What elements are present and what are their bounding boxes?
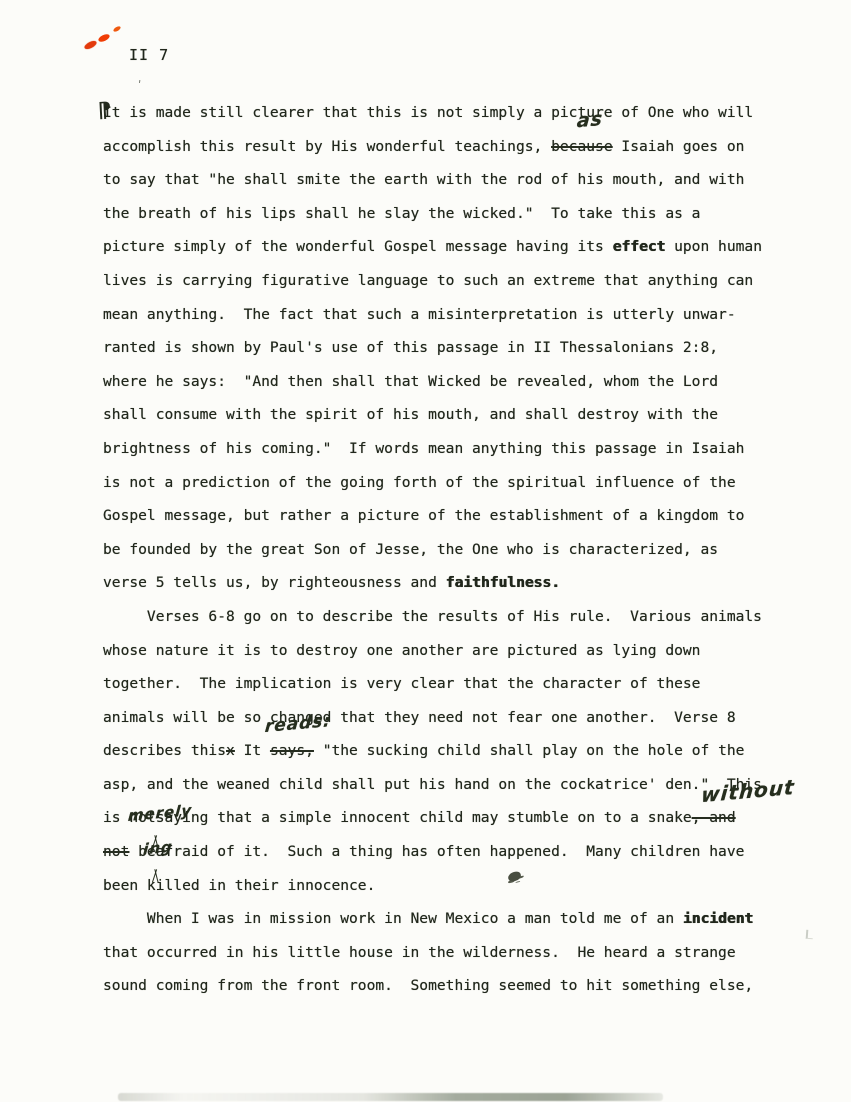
red-grease-mark [113,25,122,32]
typed-text: be founded by the great Son of Jesse, th… [103,533,718,567]
stray-ink-tick: ' [135,78,143,92]
typed-text: where he says: "And then shall that Wick… [103,365,718,399]
typed-text: together. The implication is very clear … [103,667,700,701]
overtyped-text: faithfulness. [446,566,560,600]
typed-line: be founded by the great Son of Jesse, th… [103,533,793,567]
typed-line: whose nature it is to destroy one anothe… [103,634,793,668]
typed-line: been killed in their innocence. [103,869,793,903]
typed-text: verse 5 tells us, by righteousness and [103,566,446,600]
scan-cutoff-band [118,1093,663,1101]
typed-line: When I was in mission work in New Mexico… [103,902,793,936]
typed-line: picture simply of the wonderful Gospel m… [103,230,793,264]
overtyped-text: effect [613,230,666,264]
typed-text: When I was in mission work in New Mexico… [103,902,683,936]
red-grease-mark [83,39,97,50]
typed-line: mean anything. The fact that such a misi… [103,298,793,332]
typed-line: Gospel message, but rather a picture of … [103,499,793,533]
typed-text: sound coming from the front room. Someth… [103,969,753,1003]
typed-line: the breath of his lips shall he slay the… [103,197,793,231]
typed-text: ranted is shown by Paul's use of this pa… [103,331,718,365]
typed-text: It [235,734,270,768]
typed-text: asp, and the weaned child shall put his … [103,768,762,802]
typed-line: shall consume with the spirit of his mou… [103,398,793,432]
struck-out-text: says,reads: [270,734,314,768]
typed-text: that occurred in his little house in the… [103,936,736,970]
typed-text: lives is carrying figurative language to… [103,264,753,298]
typed-text: is not [103,801,156,835]
typed-text: describes this [103,734,226,768]
typed-line: Verses 6-8 go on to describe the results… [103,600,793,634]
typed-line: where he says: "And then shall that Wick… [103,365,793,399]
typed-text: to say that "he shall smite the earth wi… [103,163,744,197]
typed-text: "the sucking child shall play on the hol… [314,734,745,768]
typed-text: Verses 6-8 go on to describe the results… [103,600,762,634]
typed-line: is not a prediction of the going forth o… [103,466,793,500]
typed-line: brightness of his coming." If words mean… [103,432,793,466]
typed-text: animals will be so changed that they nee… [103,701,736,735]
typed-text: It is made still clearer that this is no… [103,96,753,130]
typed-line: lives is carrying figurative language to… [103,264,793,298]
typed-text: saying that a simple innocent child may … [156,801,692,835]
typed-text: afraid of it. Such a thing has often hap… [156,835,745,869]
typed-line: that occurred in his little house in the… [103,936,793,970]
typed-text: been killed in their innocence. [103,869,375,903]
typed-line: together. The implication is very clear … [103,667,793,701]
typed-line: not beingafraid of it. Such a thing has … [103,835,793,869]
typed-text: picture simply of the wonderful Gospel m… [103,230,613,264]
typed-line: sound coming from the front room. Someth… [103,969,793,1003]
typed-line: asp, and the weaned child shall put his … [103,768,793,802]
page-number-header: II 7 [129,46,169,64]
typed-line: is notmerelysaying that a simple innocen… [103,801,793,835]
struck-out-text: becauseas [551,130,613,164]
typed-text: Isaiah goes on [613,130,745,164]
typed-line: verse 5 tells us, by righteousness and f… [103,566,793,600]
typed-text: Gospel message, but rather a picture of … [103,499,744,533]
red-grease-mark [97,33,110,44]
overtyped-text: incident [683,902,753,936]
struck-out-text: x [226,734,235,768]
typed-text: accomplish this result by His wonderful … [103,130,551,164]
scanned-typescript-page: II 7 ' ¶ It is made still clearer that t… [0,0,851,1102]
typed-line: ranted is shown by Paul's use of this pa… [103,331,793,365]
text-block: It is made still clearer that this is no… [103,96,793,1003]
typed-line: to say that "he shall smite the earth wi… [103,163,793,197]
typed-text: upon human [665,230,762,264]
faint-margin-mark [806,930,814,939]
struck-out-text: , andwithout [692,801,736,835]
typed-line: animals will be so changed that they nee… [103,701,793,735]
typed-text: whose nature it is to destroy one anothe… [103,634,700,668]
typed-text: is not a prediction of the going forth o… [103,466,736,500]
struck-out-text: not [103,835,129,869]
typed-text: shall consume with the spirit of his mou… [103,398,718,432]
typed-text: be [129,835,155,869]
typed-text: mean anything. The fact that such a misi… [103,298,736,332]
typed-line: describes thisx It says,reads: "the suck… [103,734,793,768]
typed-line: It is made still clearer that this is no… [103,96,793,130]
typed-text: the breath of his lips shall he slay the… [103,197,700,231]
typed-line: accomplish this result by His wonderful … [103,130,793,164]
typed-text: brightness of his coming." If words mean… [103,432,744,466]
